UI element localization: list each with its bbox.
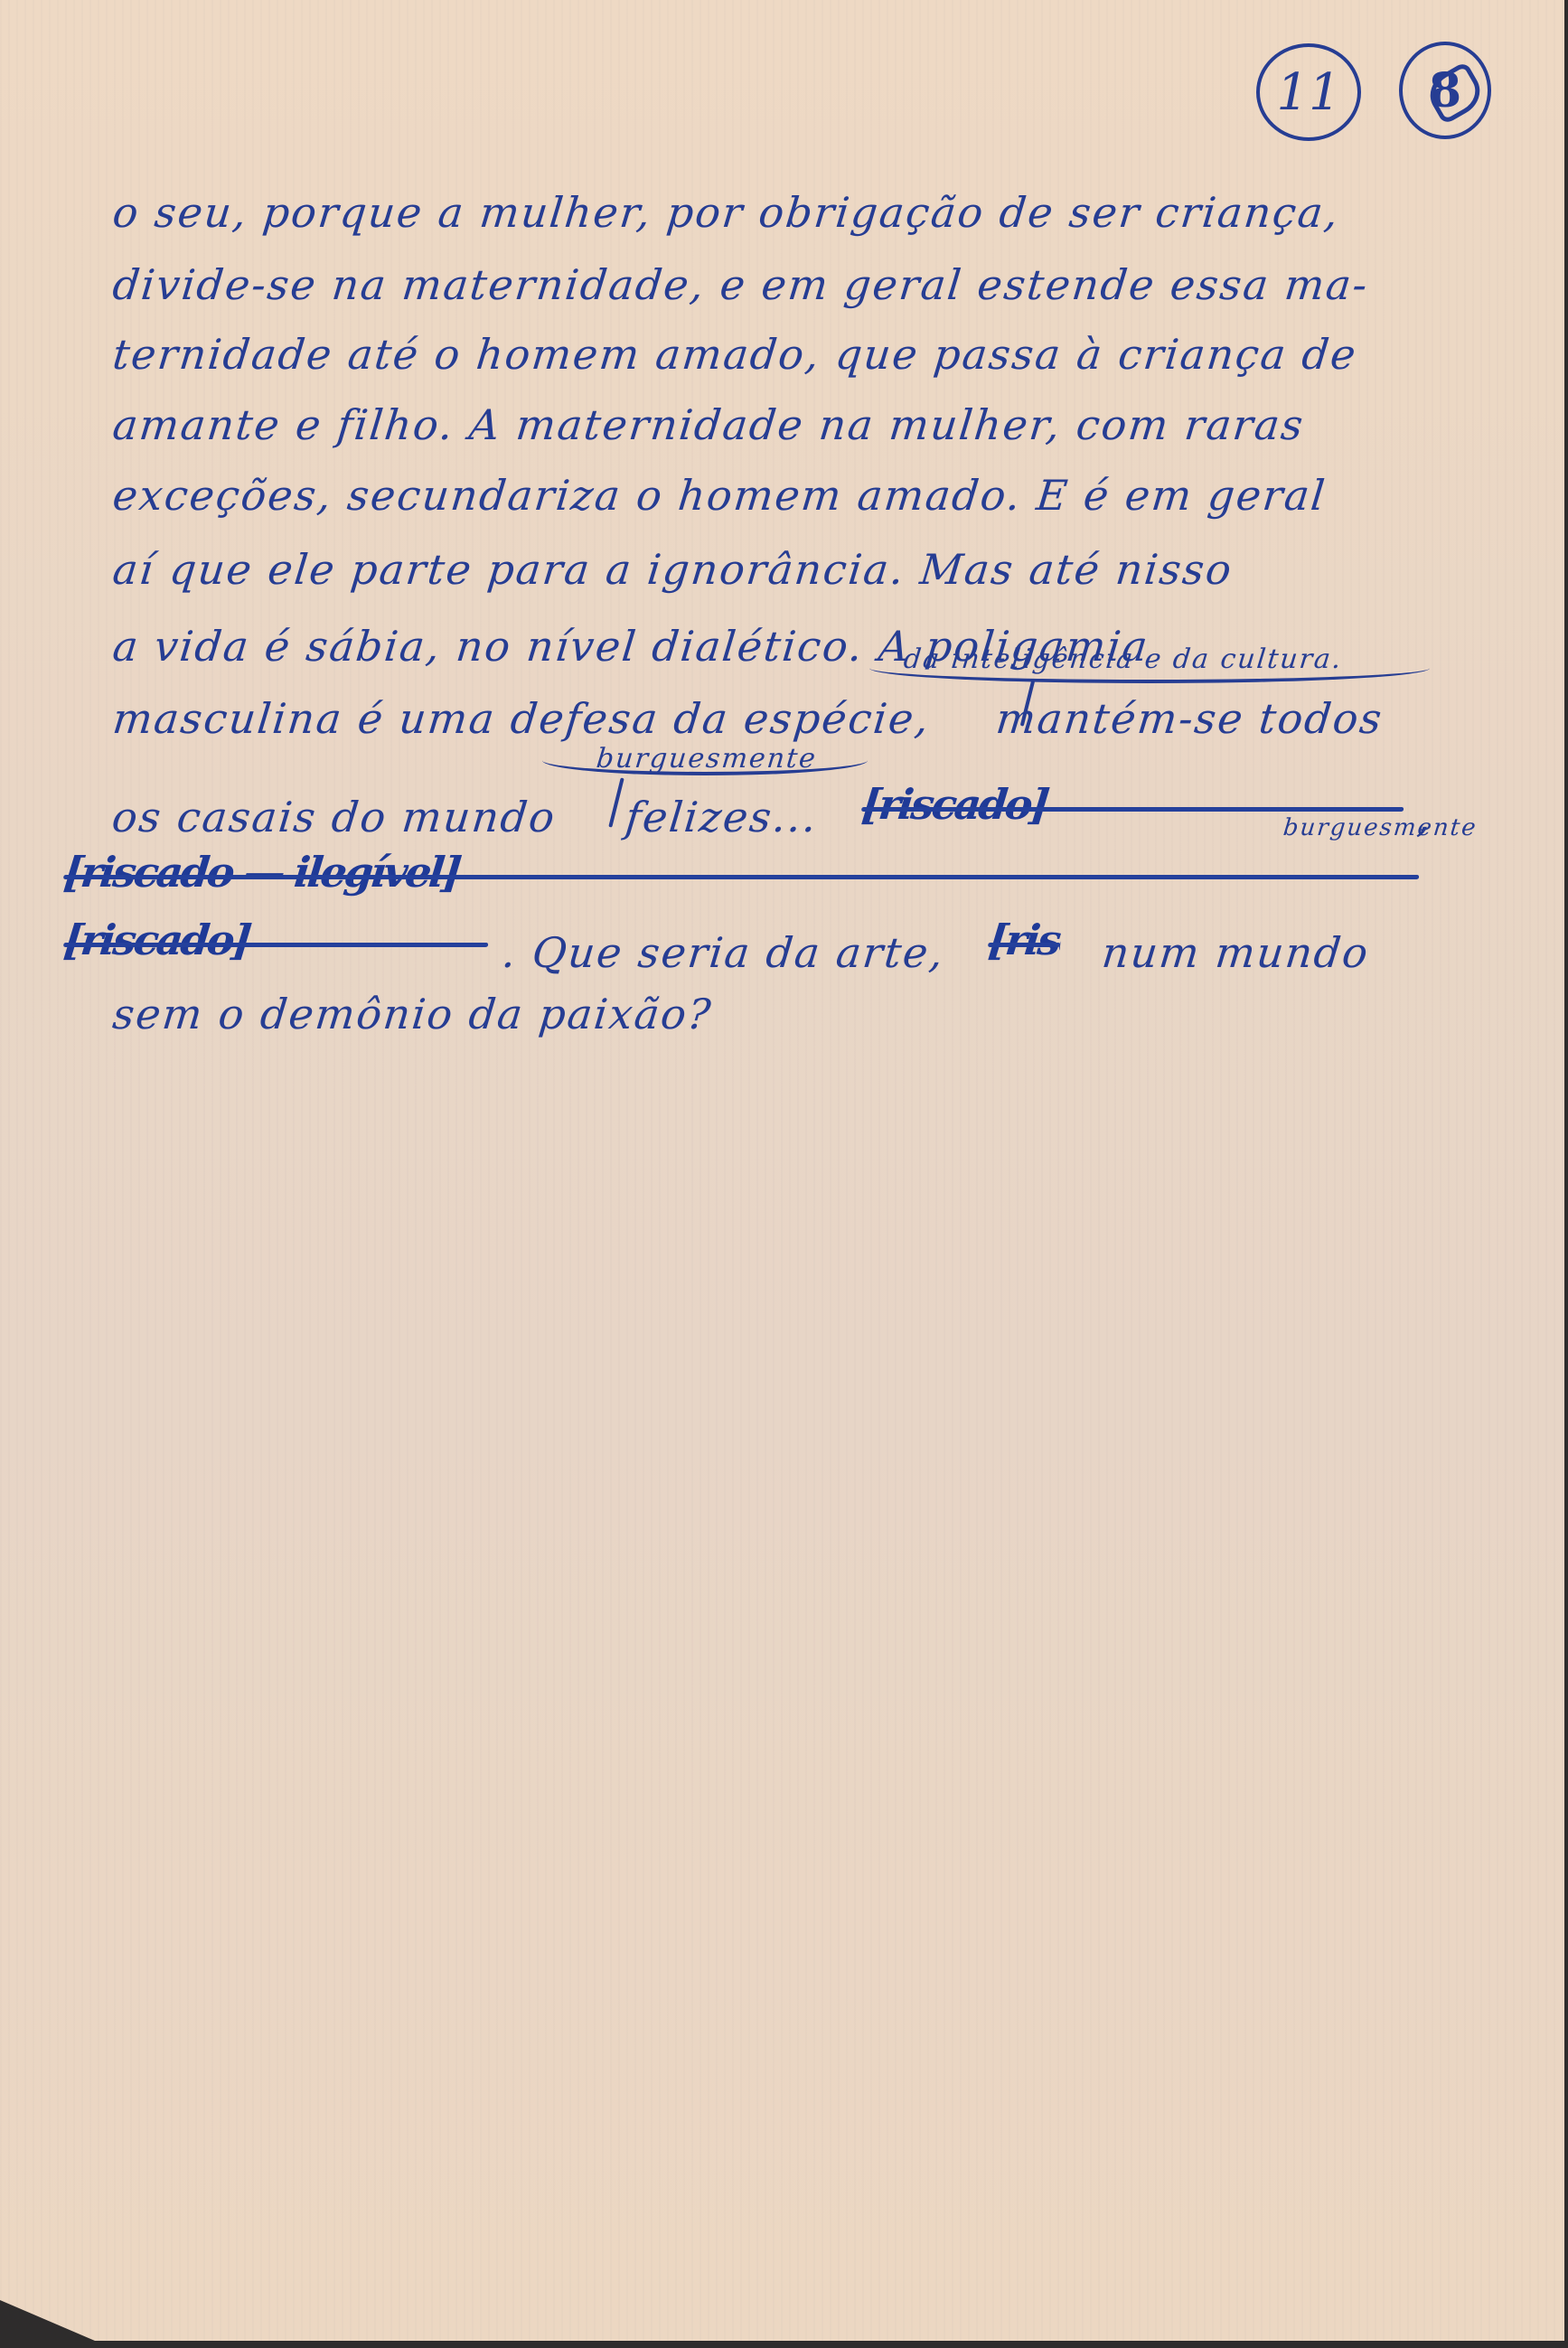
manuscript-line-12: sem o demônio da paixão? [110, 987, 715, 1041]
line-8-text: masculina é uma defesa da espécie, [110, 694, 933, 743]
insertion-brace-2 [542, 757, 868, 775]
manuscript-line-11: [riscado] . Que seria da arte, [riscado]… [60, 913, 1374, 980]
manuscript-line-9: os casais do mundo felizes... [riscado] … [109, 777, 1437, 844]
manuscript-line-8: masculina é uma defesa da espécie, manté… [110, 691, 1386, 746]
manuscript-page: 11 8 o seu, porque a mulher, por obrigaç… [0, 0, 1564, 2341]
manuscript-line-4: amante e filho. A maternidade na mulher,… [110, 398, 1308, 452]
struck-passage-3: [riscado] [61, 913, 492, 967]
line-9-text: os casais do mundo [109, 793, 559, 841]
manuscript-line-5: exceções, secundariza o homem amado. E é… [110, 468, 1329, 522]
manuscript-line-10: [riscado — ilegível] [60, 845, 1422, 912]
manuscript-line-6: aí que ele parte para a ignorância. Mas … [110, 542, 1235, 596]
manuscript-line-3: ternidade até o homem amado, que passa à… [110, 327, 1360, 381]
page-number-circled: 11 [1256, 43, 1361, 141]
page-number-text: 11 [1276, 63, 1340, 122]
struck-passage-4: [riscado] [986, 913, 1064, 967]
struck-passage-2: [riscado — ilegível] [61, 845, 1422, 899]
scan-background-corner [0, 2300, 95, 2341]
manuscript-line-1: o seu, porque a mulher, por obrigação de… [110, 185, 1342, 239]
line-8-text-after: mantém-se todos [994, 694, 1386, 743]
line-11-trailing: num mundo [1100, 928, 1372, 977]
old-page-number-struck: 8 [1399, 42, 1491, 139]
line-11-text-after: . Que seria da arte, [500, 928, 947, 977]
line-9-text-after: felizes... [624, 793, 821, 841]
interlinear-insertion-3: burguesmente [1282, 812, 1479, 844]
insertion-brace-1 [869, 665, 1430, 683]
manuscript-line-2: divide-se na maternidade, e em geral est… [110, 258, 1372, 312]
